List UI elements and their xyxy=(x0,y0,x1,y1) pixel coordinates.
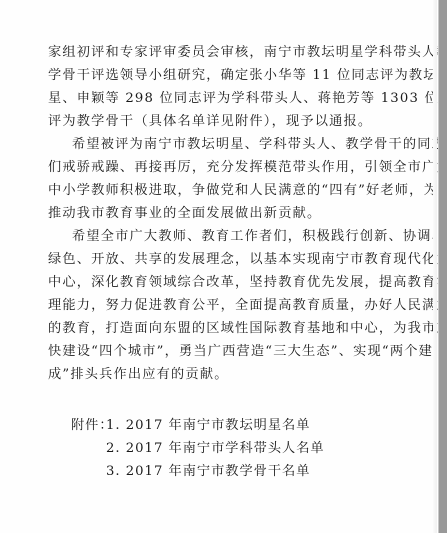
text-line: 中小学教师积极进取，争做党和人民满意的“四有”好老师，为 xyxy=(48,179,384,202)
text-line: 推动我市教育事业的全面发展做出新贡献。 xyxy=(48,202,384,225)
text-line: 学骨干评选领导小组研究，确定张小华等 11 位同志评为教坛明 xyxy=(48,64,384,87)
attachments-list: 附件： 1. 2017 年南宁市教坛明星名单 2. 2017 年南宁市学科带头人… xyxy=(71,414,325,483)
text-line: 家组初评和专家评审委员会审核，南宁市教坛明星学科带头人教 xyxy=(48,41,384,64)
text-line: 理能力，努力促进教育公平，全面提高教育质量，办好人民满意 xyxy=(48,294,384,317)
attachment-item: 2. 2017 年南宁市学科带头人名单 xyxy=(106,437,325,460)
page-edge-shadow xyxy=(433,0,437,533)
attachment-row: 2. 2017 年南宁市学科带头人名单 xyxy=(71,437,325,460)
text-line: 希望全市广大教师、教育工作者们，积极践行创新、协调、 xyxy=(48,225,384,248)
paragraph-1: 家组初评和专家评审委员会审核，南宁市教坛明星学科带头人教 学骨干评选领导小组研究… xyxy=(48,41,384,133)
text-line: 星、申颖等 298 位同志评为学科带头人、蒋艳芳等 1303 位同志 xyxy=(48,87,384,110)
vertical-scrollbar[interactable] xyxy=(438,0,447,533)
attachment-item: 1. 2017 年南宁市教坛明星名单 xyxy=(106,414,310,437)
text-line: 绿色、开放、共享的发展理念，以基本实现南宁市教育现代化为 xyxy=(48,248,384,271)
attachments-label: 附件： xyxy=(71,414,106,437)
text-line: 的教育，打造面向东盟的区域性国际教育基地和中心，为我市加 xyxy=(48,317,384,340)
attachment-item: 3. 2017 年南宁市教学骨干名单 xyxy=(106,460,310,483)
attachment-row: 3. 2017 年南宁市教学骨干名单 xyxy=(71,460,325,483)
paragraph-3: 希望全市广大教师、教育工作者们，积极践行创新、协调、 绿色、开放、共享的发展理念… xyxy=(48,225,384,386)
text-line: 希望被评为南宁市教坛明星、学科带头人、教学骨干的同志 xyxy=(48,133,384,156)
text-line: 们戒骄戒躁、再接再厉，充分发挥模范带头作用，引领全市广大 xyxy=(48,156,384,179)
document-page: 家组初评和专家评审委员会审核，南宁市教坛明星学科带头人教 学骨干评选领导小组研究… xyxy=(0,0,437,533)
text-line: 快建设“四个城市”，勇当广西营造“三大生态”、实现“两个建 xyxy=(48,340,384,363)
attachment-row: 附件： 1. 2017 年南宁市教坛明星名单 xyxy=(71,414,325,437)
text-line: 评为教学骨干（具体名单详见附件），现予以通报。 xyxy=(48,110,384,133)
text-line: 成”排头兵作出应有的贡献。 xyxy=(48,363,384,386)
document-body: 家组初评和专家评审委员会审核，南宁市教坛明星学科带头人教 学骨干评选领导小组研究… xyxy=(48,41,384,386)
paragraph-2: 希望被评为南宁市教坛明星、学科带头人、教学骨干的同志 们戒骄戒躁、再接再厉，充分… xyxy=(48,133,384,225)
text-line: 中心，深化教育领域综合改革，坚持教育优先发展，提高教育治 xyxy=(48,271,384,294)
